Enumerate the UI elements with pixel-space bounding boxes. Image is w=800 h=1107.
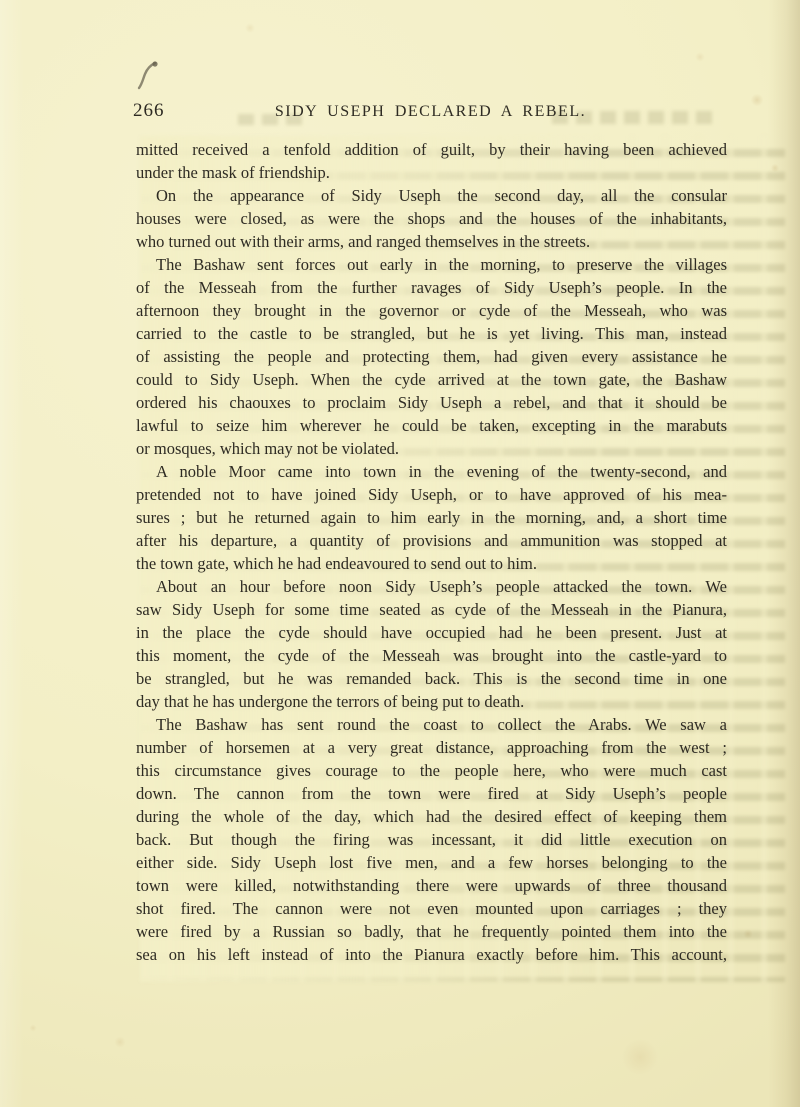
paragraph: A noble Moor came into town in the eveni… bbox=[136, 460, 727, 575]
text-line: shot fired. The cannon were not even mou… bbox=[136, 897, 727, 920]
text-line: during the whole of the day, which had t… bbox=[136, 805, 727, 828]
paragraph: About an hour before noon Sidy Useph’s p… bbox=[136, 575, 727, 713]
text-line: afternoon they brought in the governor o… bbox=[136, 299, 727, 322]
text-line: About an hour before noon Sidy Useph’s p… bbox=[136, 575, 727, 598]
text-line: the town gate, which he had endeavoured … bbox=[136, 552, 727, 575]
text-line: day that he has undergone the terrors of… bbox=[136, 690, 727, 713]
text-line: lawful to seize him wherever he could be… bbox=[136, 414, 727, 437]
book-page: 266 SIDY USEPH DECLARED A REBEL. mitted … bbox=[0, 0, 800, 1107]
text-line: this moment, the cyde of the Messeah was… bbox=[136, 644, 727, 667]
text-line: sures ; but he returned again to him ear… bbox=[136, 506, 727, 529]
text-line: this circumstance gives courage to the p… bbox=[136, 759, 727, 782]
paragraph: The Bashaw has sent round the coast to c… bbox=[136, 713, 727, 966]
text-line: town were killed, notwithstanding there … bbox=[136, 874, 727, 897]
text-line: or mosques, which may not be violated. bbox=[136, 437, 727, 460]
page-header: 266 SIDY USEPH DECLARED A REBEL. bbox=[133, 99, 728, 127]
text-line: were fired by a Russian so badly, that h… bbox=[136, 920, 727, 943]
text-line: number of horsemen at a very great dista… bbox=[136, 736, 727, 759]
text-line: A noble Moor came into town in the eveni… bbox=[136, 460, 727, 483]
text-line: houses were closed, as were the shops an… bbox=[136, 207, 727, 230]
text-line: sea on his left instead of into the Pian… bbox=[136, 943, 727, 966]
text-line: The Bashaw has sent round the coast to c… bbox=[136, 713, 727, 736]
text-line: saw Sidy Useph for some time seated as c… bbox=[136, 598, 727, 621]
text-line: under the mask of friendship. bbox=[136, 161, 727, 184]
ink-smudge bbox=[136, 60, 160, 96]
text-line: mitted received a tenfold addition of gu… bbox=[136, 138, 727, 161]
text-block: mitted received a tenfold addition of gu… bbox=[136, 138, 727, 966]
text-line: ordered his chaouxes to proclaim Sidy Us… bbox=[136, 391, 727, 414]
text-line: The Bashaw sent forces out early in the … bbox=[136, 253, 727, 276]
paragraph: The Bashaw sent forces out early in the … bbox=[136, 253, 727, 460]
text-line: in the place the cyde should have occupi… bbox=[136, 621, 727, 644]
paragraph: mitted received a tenfold addition of gu… bbox=[136, 138, 727, 184]
text-line: carried to the castle to be strangled, b… bbox=[136, 322, 727, 345]
running-head: SIDY USEPH DECLARED A REBEL. bbox=[133, 103, 728, 121]
text-line: of assisting the people and protecting t… bbox=[136, 345, 727, 368]
text-line: after his departure, a quantity of provi… bbox=[136, 529, 727, 552]
text-line: back. But though the firing was incessan… bbox=[136, 828, 727, 851]
text-line: down. The cannon from the town were fire… bbox=[136, 782, 727, 805]
text-line: could to Sidy Useph. When the cyde arriv… bbox=[136, 368, 727, 391]
text-line: pretended not to have joined Sidy Useph,… bbox=[136, 483, 727, 506]
text-line: of the Messeah from the further ravages … bbox=[136, 276, 727, 299]
text-line: be strangled, but he was remanded back. … bbox=[136, 667, 727, 690]
text-line: On the appearance of Sidy Useph the seco… bbox=[136, 184, 727, 207]
text-line: either side. Sidy Useph lost five men, a… bbox=[136, 851, 727, 874]
paragraph: On the appearance of Sidy Useph the seco… bbox=[136, 184, 727, 253]
text-line: who turned out with their arms, and rang… bbox=[136, 230, 727, 253]
